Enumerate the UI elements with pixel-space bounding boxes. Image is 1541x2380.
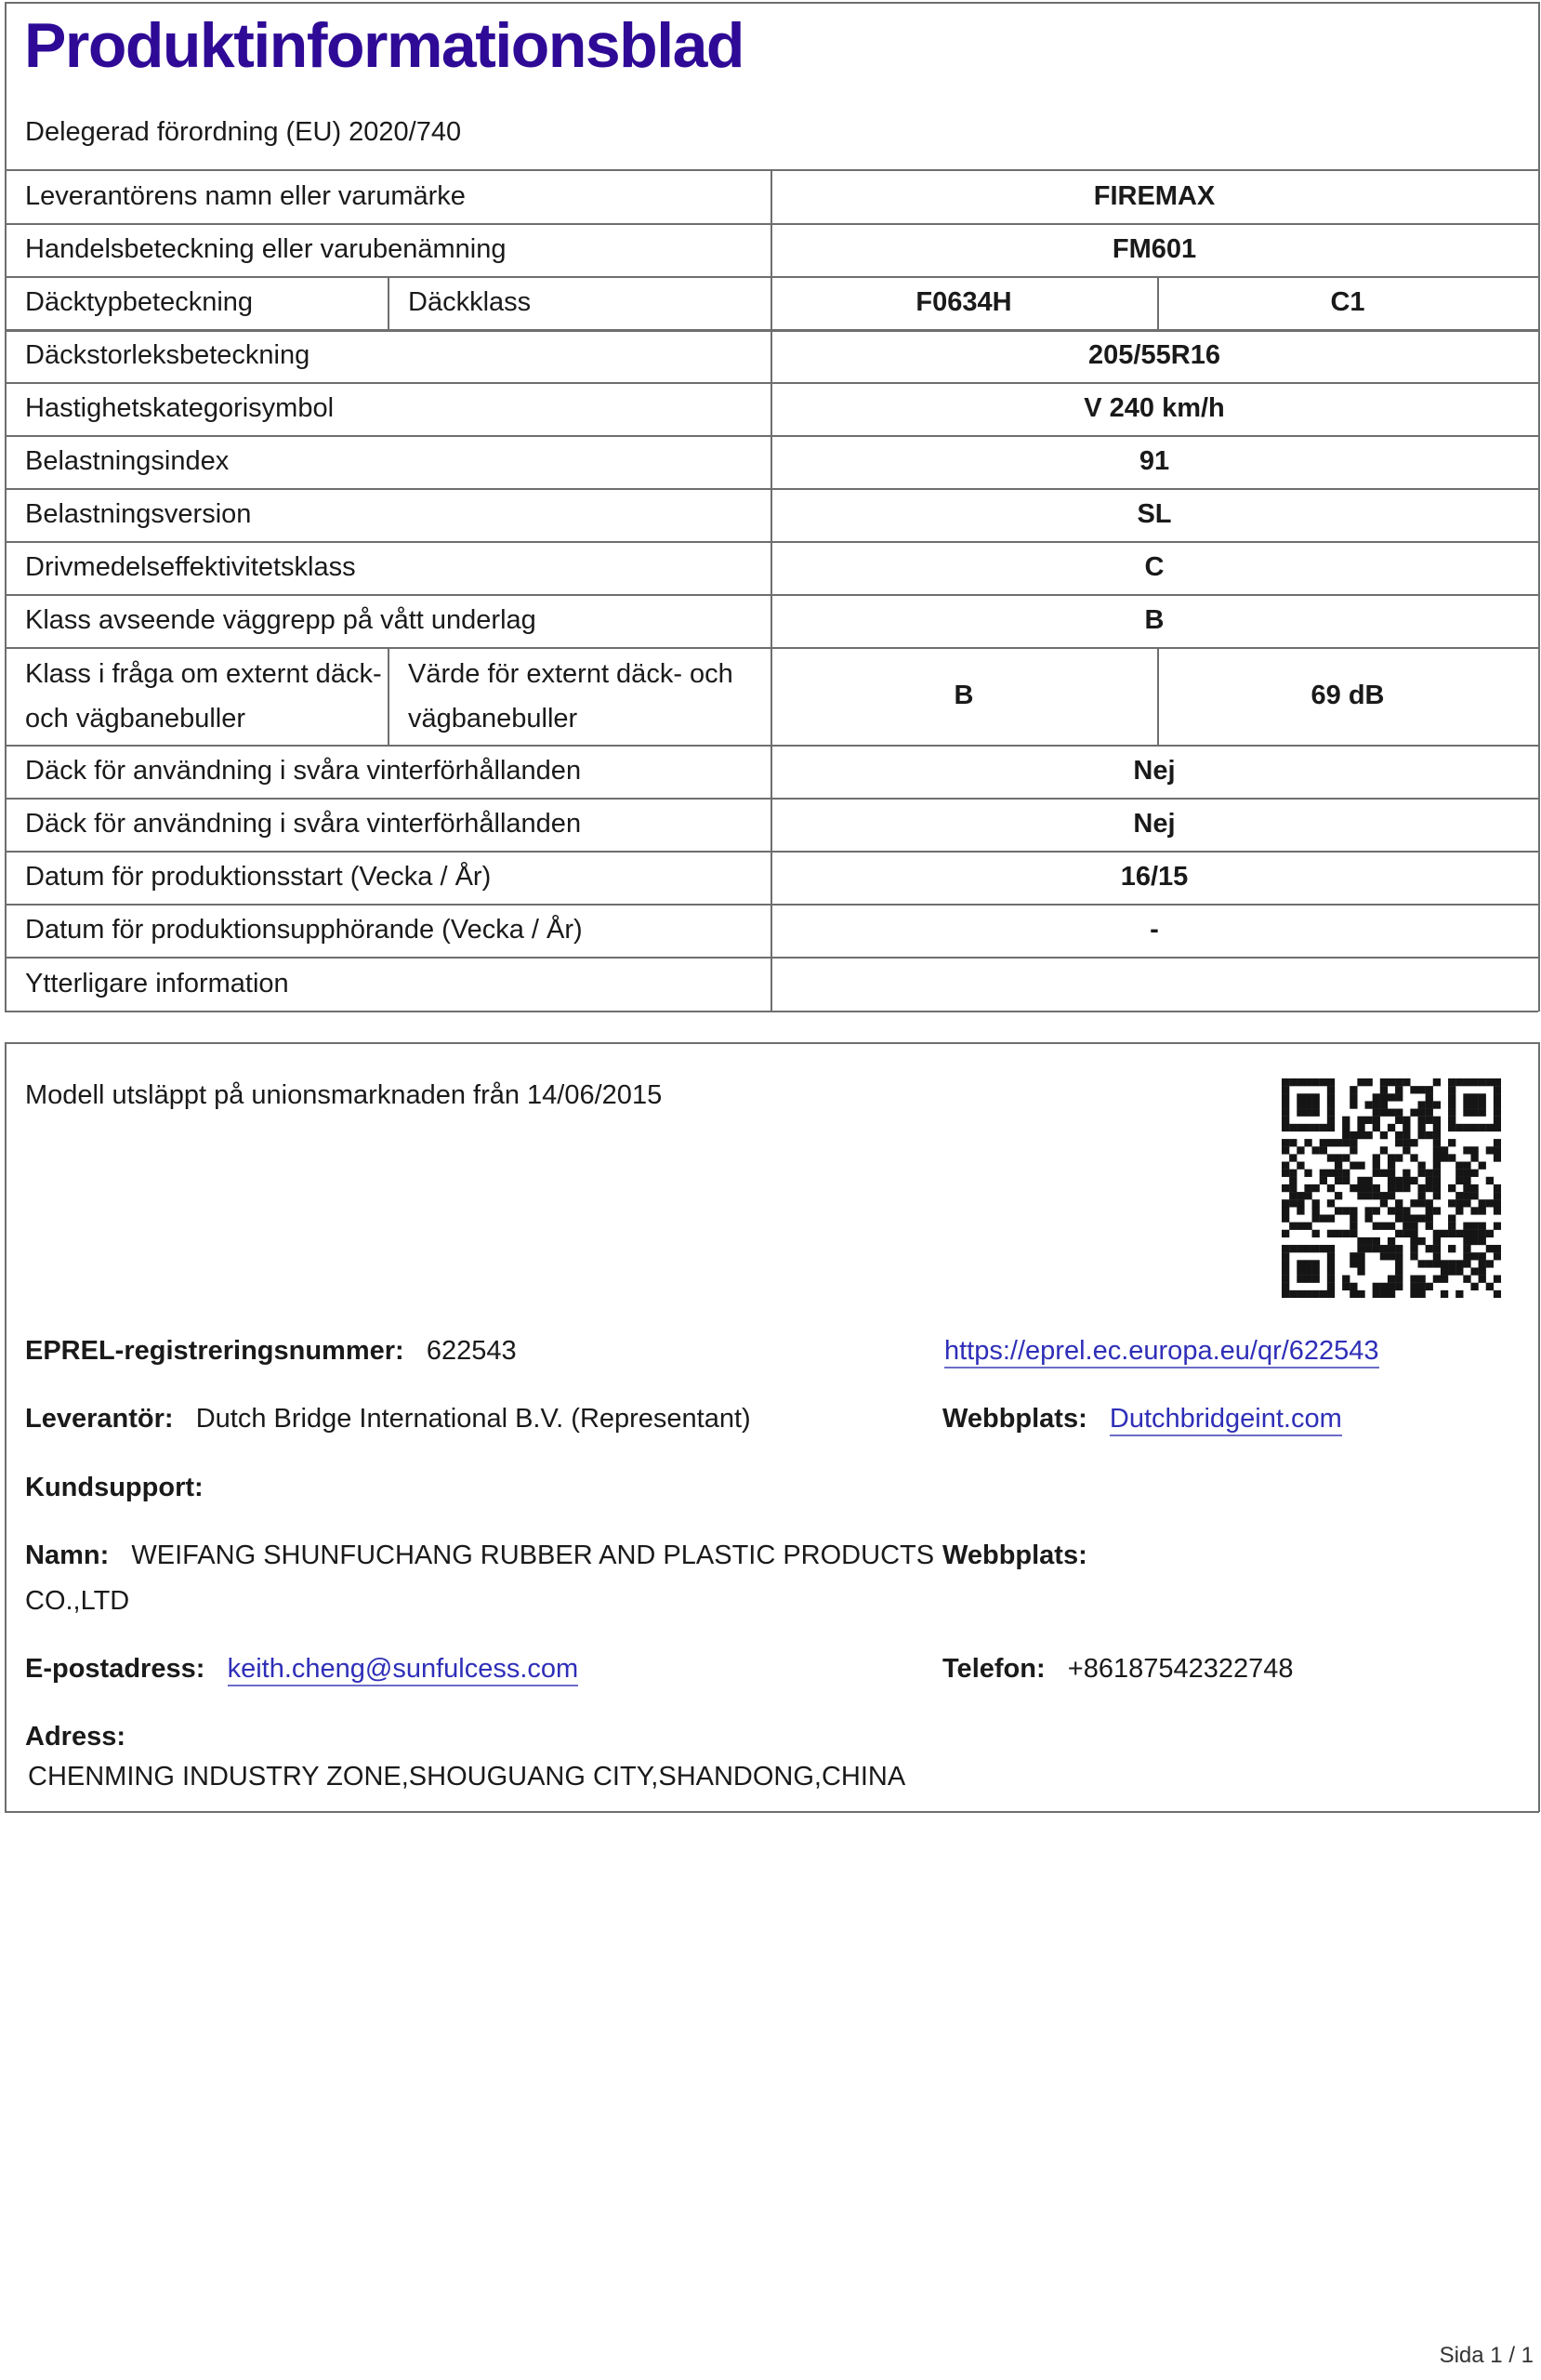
row-label-secondary: Däckklass <box>388 276 770 329</box>
row-value: FM601 <box>770 223 1538 276</box>
row-divider <box>5 1011 1538 1012</box>
row-label: Däckstorleksbeteckning <box>5 329 770 382</box>
row-value: 91 <box>770 435 1538 488</box>
box-left-border <box>5 1042 7 1812</box>
row-label: Leverantörens namn eller varumärke <box>5 169 770 223</box>
support-heading: Kundsupport: <box>25 1469 204 1506</box>
row-value: V 240 km/h <box>770 382 1538 435</box>
row-value: SL <box>770 488 1538 541</box>
address-value: CHENMING INDUSTRY ZONE,SHOUGUANG CITY,SH… <box>28 1758 905 1795</box>
market-release-text: Modell utsläppt på unionsmarknaden från … <box>25 1077 662 1114</box>
row-label: Handelsbeteckning eller varubenämning <box>5 223 770 276</box>
box-right-border <box>1538 1042 1540 1812</box>
email-link[interactable]: keith.cheng@sunfulcess.com <box>228 1654 579 1686</box>
page-number: Sida 1 / 1 <box>1440 2343 1534 2369</box>
row-label: Datum för produktionsstart (Vecka / År) <box>5 851 770 904</box>
row-value: B <box>770 594 1538 647</box>
row-value: Nej <box>770 798 1538 851</box>
row-label: Ytterligare information <box>5 957 770 1011</box>
row-label: Däcktypbeteckning <box>5 276 388 329</box>
row-label: Hastighetskategorisymbol <box>5 382 770 435</box>
row-value: F0634H <box>770 276 1157 329</box>
support-web-row: Webbplats: <box>942 1537 1102 1574</box>
qr-code-icon[interactable] <box>1282 1078 1501 1298</box>
row-label: Däck för användning i svåra vinterförhål… <box>5 745 770 798</box>
row-label: Datum för produktionsupphörande (Vecka /… <box>5 904 770 957</box>
supplier-value: Dutch Bridge International B.V. (Represe… <box>196 1404 751 1434</box>
address-label: Adress: <box>25 1718 125 1755</box>
row-label: Drivmedelseffektivitetsklass <box>5 541 770 594</box>
table-right-border <box>1538 2 1540 1011</box>
phone-value: +86187542322748 <box>1068 1654 1294 1684</box>
row-label: Däck för användning i svåra vinterförhål… <box>5 798 770 851</box>
eprel-label: EPREL-registreringsnummer: <box>25 1336 404 1366</box>
row-value <box>770 957 1538 1011</box>
eprel-row: EPREL-registreringsnummer: 622543 <box>25 1332 517 1369</box>
name-value-line2: CO.,LTD <box>25 1582 129 1620</box>
row-label: Klass avseende väggrepp på vått underlag <box>5 594 770 647</box>
supplier-web-link[interactable]: Dutchbridgeint.com <box>1110 1404 1342 1436</box>
phone-label: Telefon: <box>942 1654 1046 1684</box>
phone-row: Telefon: +86187542322748 <box>942 1650 1294 1687</box>
row-value: C <box>770 541 1538 594</box>
supplier-web-label: Webbplats: <box>942 1404 1087 1434</box>
row-value-secondary: C1 <box>1157 276 1538 329</box>
row-value: - <box>770 904 1538 957</box>
page-title: Produktinformationsblad <box>24 4 744 87</box>
row-label: Belastningsindex <box>5 435 770 488</box>
row-value: Nej <box>770 745 1538 798</box>
row-value-secondary: 69 dB <box>1157 647 1538 745</box>
name-label: Namn: <box>25 1540 109 1570</box>
row-value: 205/55R16 <box>770 329 1538 382</box>
support-web-label: Webbplats: <box>942 1540 1087 1570</box>
regulation-subtitle: Delegerad förordning (EU) 2020/740 <box>25 113 461 151</box>
row-label: Belastningsversion <box>5 488 770 541</box>
email-row: E-postadress: keith.cheng@sunfulcess.com <box>25 1650 578 1687</box>
supplier-row: Leverantör: Dutch Bridge International B… <box>25 1400 751 1437</box>
name-row: Namn: WEIFANG SHUNFUCHANG RUBBER AND PLA… <box>25 1537 934 1574</box>
row-value: 16/15 <box>770 851 1538 904</box>
box-top-border <box>5 1042 1539 1044</box>
row-label-secondary: Värde för externt däck- och vägbanebulle… <box>388 647 770 745</box>
row-value: FIREMAX <box>770 169 1538 223</box>
eprel-url-link[interactable]: https://eprel.ec.europa.eu/qr/622543 <box>944 1336 1379 1368</box>
eprel-url-row: https://eprel.ec.europa.eu/qr/622543 <box>944 1332 1379 1369</box>
row-label: Klass i fråga om externt däck- och vägba… <box>5 647 388 745</box>
eprel-number: 622543 <box>427 1336 517 1366</box>
name-value-line1: WEIFANG SHUNFUCHANG RUBBER AND PLASTIC P… <box>131 1540 934 1570</box>
supplier-web-row: Webbplats: Dutchbridgeint.com <box>942 1400 1342 1437</box>
row-value: B <box>770 647 1157 745</box>
supplier-label: Leverantör: <box>25 1404 174 1434</box>
box-bottom-border <box>5 1811 1539 1813</box>
email-label: E-postadress: <box>25 1654 204 1684</box>
